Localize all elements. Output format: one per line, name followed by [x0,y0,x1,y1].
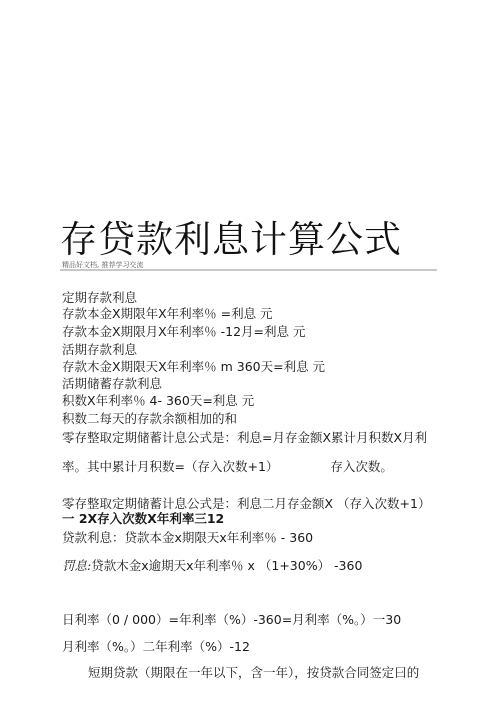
formula-monthly-rate: 月利率（%。）二年利率（%）-12 [62,639,250,655]
formula-accumulated-balance: 积数X年利率％ 4- 360天=利息 元 [62,393,254,409]
document-title: 存贷款利息计算公式 [60,218,402,262]
formula-penalty-interest: 罚息:贷款木金x逾期天x年利率％ x （1+30%） -360 [62,558,362,574]
section-heading-demand-savings: 活期储蓄存款利息 [62,376,162,392]
formula-installment-savings-2-cont: 一 2X存入次数X年利率三12 [62,511,224,527]
formula-installment-savings-1-cont: 率。其中累计月积数=（存入次数+1）存入次数。 [62,459,393,475]
formula-fixed-monthly: 存款本金X期限月X年利率％ -12月=利息 元 [62,324,305,340]
penalty-label: 罚息: [62,558,91,573]
document-page: 存贷款利息计算公式 精品好文档, 推荐学习交流 定期存款利息 存款本金X期限年X… [0,0,500,707]
formula-demand-daily: 存款木金X期限天X年利率％ m 360天=利息 元 [62,359,325,375]
header-divider [60,269,437,271]
formula-installment-savings-1: 零存整取定期储蓄计息公式是：利息=月存金额X累计月积数X月利 [62,430,427,446]
formula-loan-interest: 贷款利息：贷款本金x期限天x年利率％ - 360 [62,530,313,546]
formula-part-b: 存入次数。 [330,459,393,474]
section-heading-fixed-deposit: 定期存款利息 [62,290,137,306]
formula-installment-savings-2: 零存整取定期储蓄计息公式是：利息二月存金额X （存入次数+1） [62,496,430,512]
formula-daily-rate: 日利率（0 / 000）=年利率（%）-360=月利率（%。）一30 [62,612,401,628]
penalty-formula: 贷款木金x逾期天x年利率％ x （1+30%） -360 [91,558,362,573]
definition-accumulated-balance: 积数二每天的存款余额相加的和 [62,411,237,427]
formula-part-a: 率。其中累计月积数=（存入次数+1） [62,459,278,474]
paragraph-short-term-loan: 短期贷款（期限在一年以下，含一年），按贷款合同签定曰的 [88,665,419,681]
formula-fixed-yearly: 存款本金X期限年X年利率％ =利息 元 [62,306,273,322]
section-heading-demand-deposit: 活期存款利息 [62,342,137,358]
